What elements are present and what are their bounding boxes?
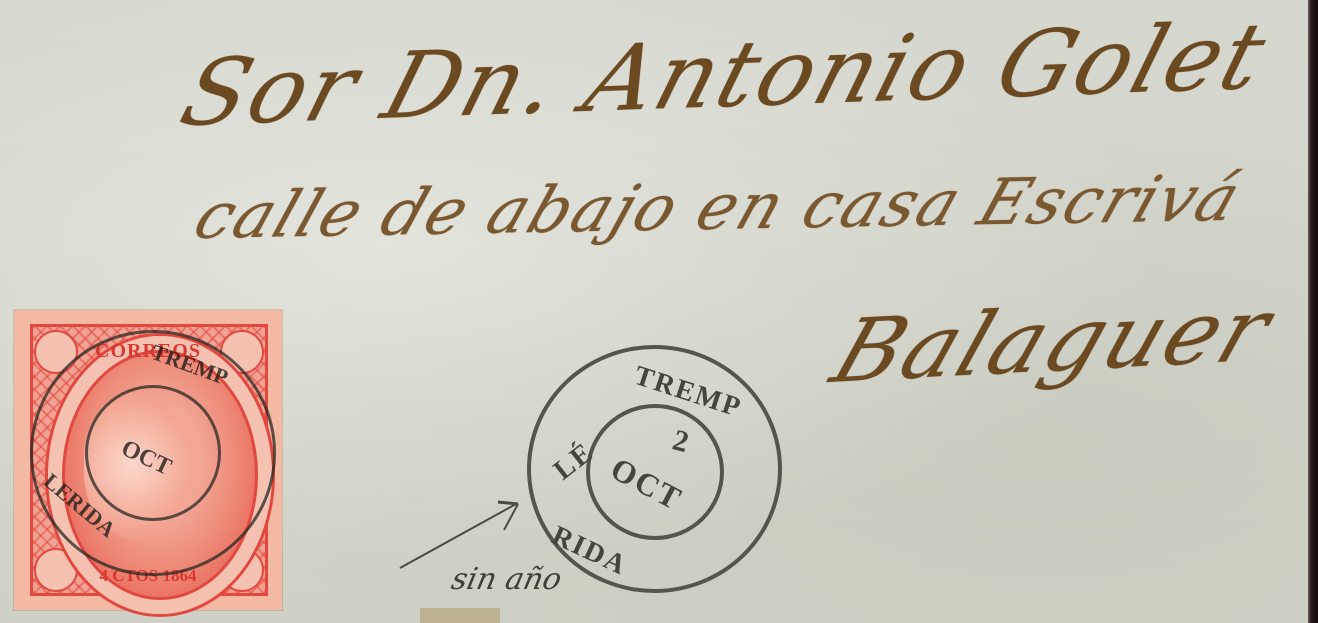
paper-scrap — [420, 608, 500, 623]
pencil-annotation: sin año — [448, 562, 565, 597]
scan-border — [1308, 0, 1318, 623]
arrow-icon — [398, 500, 538, 570]
